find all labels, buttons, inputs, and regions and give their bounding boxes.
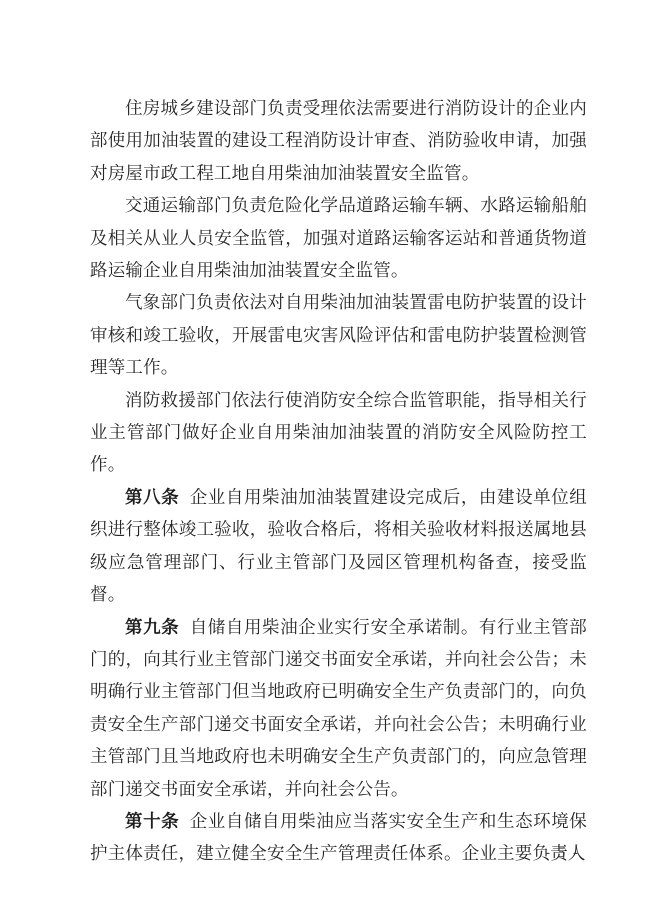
paragraph-article-9: 第九条自储自用柴油企业实行安全承诺制。有行业主管部门的，向其行业主管部门递交书面… xyxy=(90,611,587,805)
page-number: - 5 - xyxy=(90,845,580,862)
paragraph-text: 消防救援部门依法行使消防安全综合监管职能，指导相关行业主管部门做好企业自用柴油加… xyxy=(90,390,587,475)
paragraph-text: 住房城乡建设部门负责受理依法需要进行消防设计的企业内部使用加油装置的建设工程消防… xyxy=(90,98,587,183)
paragraph-text: 交通运输部门负责危险化学品道路运输车辆、水路运输船舶及相关从业人员安全监管，加强… xyxy=(90,195,587,280)
paragraph-housing-dept: 住房城乡建设部门负责受理依法需要进行消防设计的企业内部使用加油装置的建设工程消防… xyxy=(90,92,587,189)
article-8-number: 第八条 xyxy=(125,487,179,507)
article-10-number: 第十条 xyxy=(125,811,179,831)
document-body: 住房城乡建设部门负责受理依法需要进行消防设计的企业内部使用加油装置的建设工程消防… xyxy=(90,92,587,870)
paragraph-article-8: 第八条企业自用柴油加油装置建设完成后，由建设单位组织进行整体竣工验收，验收合格后… xyxy=(90,481,587,611)
paragraph-text: 气象部门负责依法对自用柴油加油装置雷电防护装置的设计审核和竣工验收，开展雷电灾害… xyxy=(90,292,587,377)
paragraph-meteorology-dept: 气象部门负责依法对自用柴油加油装置雷电防护装置的设计审核和竣工验收，开展雷电灾害… xyxy=(90,286,587,383)
article-9-number: 第九条 xyxy=(125,617,179,637)
document-page: 住房城乡建设部门负责受理依法需要进行消防设计的企业内部使用加油装置的建设工程消防… xyxy=(0,0,657,922)
paragraph-fire-rescue-dept: 消防救援部门依法行使消防安全综合监管职能，指导相关行业主管部门做好企业自用柴油加… xyxy=(90,384,587,481)
paragraph-transport-dept: 交通运输部门负责危险化学品道路运输车辆、水路运输船舶及相关从业人员安全监管，加强… xyxy=(90,189,587,286)
paragraph-text: 自储自用柴油企业实行安全承诺制。有行业主管部门的，向其行业主管部门递交书面安全承… xyxy=(90,617,587,799)
